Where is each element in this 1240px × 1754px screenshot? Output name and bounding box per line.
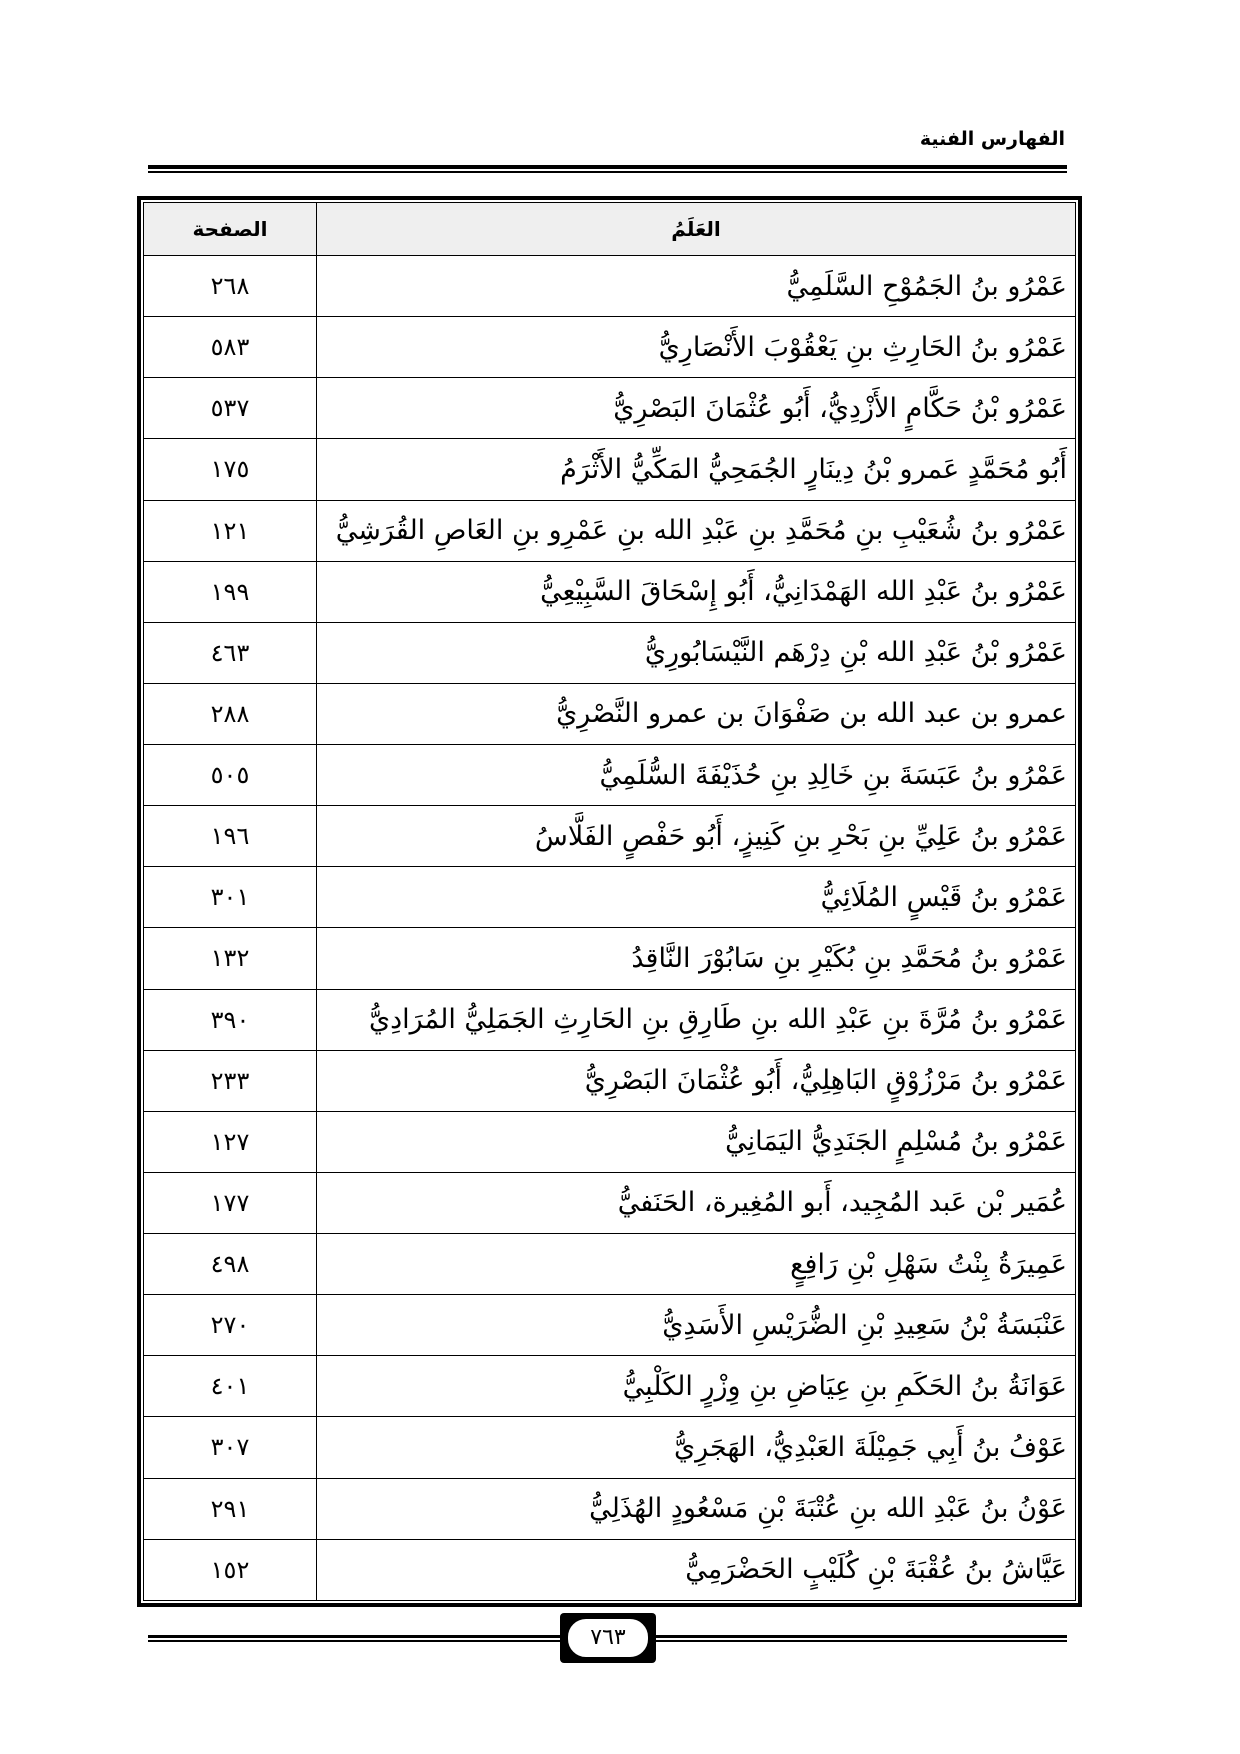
entry-page: ٣٩٠ (144, 989, 317, 1050)
table-header-row: العَلَمُ الصفحة (144, 203, 1076, 256)
entry-page: ١٢٧ (144, 1111, 317, 1172)
table-row: عَمِيرَةُ بِنْتُ سَهْلِ بْنِ رَافِعٍ٤٩٨ (144, 1234, 1076, 1295)
entry-name: أَبُو مُحَمَّدٍ عَمرو بْنُ دِينَارٍ الجُ… (317, 439, 1076, 500)
entry-name: عَمْرُو بنُ قَيْسٍ المُلَائِيُّ (317, 867, 1076, 928)
table-row: عَنْبَسَةُ بْنُ سَعِيدِ بْنِ الضُّرَيْسِ… (144, 1295, 1076, 1356)
entry-name: عَمْرُو بنُ عَبَسَةَ بنِ خَالِدِ بنِ حُذ… (317, 745, 1076, 806)
entry-name: عَنْبَسَةُ بْنُ سَعِيدِ بْنِ الضُّرَيْسِ… (317, 1295, 1076, 1356)
entry-page: ٥٠٥ (144, 745, 317, 806)
table-row: عَوَانَةُ بنُ الحَكَمِ بنِ عِيَاضِ بنِ و… (144, 1356, 1076, 1417)
entry-page: ٤٦٣ (144, 622, 317, 683)
entry-name: عَمْرُو بْنُ عَبْدِ الله بْنِ دِرْهَم ال… (317, 622, 1076, 683)
column-header-name: العَلَمُ (317, 203, 1076, 256)
entry-name: عَمْرُو بنُ مُسْلِمٍ الجَنَدِيُّ اليَمَا… (317, 1111, 1076, 1172)
entry-page: ٥٣٧ (144, 378, 317, 439)
entry-name: عَمْرُو بنُ عَلِيِّ بنِ بَحْرِ بنِ كَنِي… (317, 806, 1076, 867)
entry-page: ١٢١ (144, 500, 317, 561)
table-row: عَمْرُو بنُ الجَمُوْحِ السَّلَمِيُّ٢٦٨ (144, 256, 1076, 317)
entry-name: عَمْرُو بْنُ حَكَّامٍ الأَزْدِيُّ، أَبُو… (317, 378, 1076, 439)
entry-page: ١٥٢ (144, 1539, 317, 1600)
table-row: عَمْرُو بنُ مُسْلِمٍ الجَنَدِيُّ اليَمَا… (144, 1111, 1076, 1172)
table-row: عَمْرُو بنُ مَرْزُوْقٍ البَاهِلِيُّ، أَب… (144, 1050, 1076, 1111)
table-row: عَمْرُو بْنُ حَكَّامٍ الأَزْدِيُّ، أَبُو… (144, 378, 1076, 439)
table-row: عَوْنُ بنُ عَبْدِ الله بنِ عُتْبَةَ بْنِ… (144, 1478, 1076, 1539)
header-rule-thick (148, 165, 1067, 169)
header-rule-thin (148, 171, 1067, 173)
table-row: عَمْرُو بنُ مُحَمَّدِ بنِ بُكَيْرِ بنِ س… (144, 928, 1076, 989)
entry-page: ٤٩٨ (144, 1234, 317, 1295)
entry-name: عَيَّاشُ بنُ عُقْبَةَ بْنِ كُلَيْبٍ الحَ… (317, 1539, 1076, 1600)
table-row: أَبُو مُحَمَّدٍ عَمرو بْنُ دِينَارٍ الجُ… (144, 439, 1076, 500)
table-row: عَمْرُو بنُ عَبْدِ الله الهَمْدَانِيُّ، … (144, 561, 1076, 622)
entry-page: ٢٩١ (144, 1478, 317, 1539)
entry-name: عَمْرُو بنُ الجَمُوْحِ السَّلَمِيُّ (317, 256, 1076, 317)
entry-name: عمرو بن عبد الله بن صَفْوَانَ بن عمرو ال… (317, 683, 1076, 744)
entry-name: عَمْرُو بنُ عَبْدِ الله الهَمْدَانِيُّ، … (317, 561, 1076, 622)
table-row: عَمْرُو بنُ الحَارِثِ بنِ يَعْقُوْبَ الأ… (144, 317, 1076, 378)
entry-page: ٥٨٣ (144, 317, 317, 378)
table-row: عمرو بن عبد الله بن صَفْوَانَ بن عمرو ال… (144, 683, 1076, 744)
entry-page: ١٧٧ (144, 1172, 317, 1233)
table-row: عُمَير بْن عَبد المُجِيد، أَبو المُغِيرة… (144, 1172, 1076, 1233)
entry-name: عُمَير بْن عَبد المُجِيد، أَبو المُغِيرة… (317, 1172, 1076, 1233)
entry-name: عَوْفُ بنُ أَبِي جَمِيْلَةَ العَبْدِيُّ،… (317, 1417, 1076, 1478)
entry-page: ١٩٦ (144, 806, 317, 867)
page-number: ٧٦٣ (566, 1617, 650, 1659)
entry-page: ٢٣٣ (144, 1050, 317, 1111)
entry-page: ٢٧٠ (144, 1295, 317, 1356)
table-row: عَمْرُو بنُ قَيْسٍ المُلَائِيُّ٣٠١ (144, 867, 1076, 928)
table-row: عَمْرُو بنُ شُعَيْبِ بنِ مُحَمَّدِ بنِ ع… (144, 500, 1076, 561)
entry-page: ٣٠١ (144, 867, 317, 928)
entry-name: عَمْرُو بنُ شُعَيْبِ بنِ مُحَمَّدِ بنِ ع… (317, 500, 1076, 561)
entry-page: ١٩٩ (144, 561, 317, 622)
names-index-table: العَلَمُ الصفحة عَمْرُو بنُ الجَمُوْحِ ا… (143, 202, 1076, 1601)
entry-page: ٤٠١ (144, 1356, 317, 1417)
running-title: الفهارس الفنية (920, 128, 1065, 150)
entry-name: عَمِيرَةُ بِنْتُ سَهْلِ بْنِ رَافِعٍ (317, 1234, 1076, 1295)
table-row: عَيَّاشُ بنُ عُقْبَةَ بْنِ كُلَيْبٍ الحَ… (144, 1539, 1076, 1600)
table-row: عَمْرُو بنُ مُرَّةَ بنِ عَبْدِ الله بنِ … (144, 989, 1076, 1050)
entry-name: عَمْرُو بنُ مُرَّةَ بنِ عَبْدِ الله بنِ … (317, 989, 1076, 1050)
entry-name: عَمْرُو بنُ مُحَمَّدِ بنِ بُكَيْرِ بنِ س… (317, 928, 1076, 989)
table-row: عَمْرُو بنُ عَبَسَةَ بنِ خَالِدِ بنِ حُذ… (144, 745, 1076, 806)
index-table-frame: العَلَمُ الصفحة عَمْرُو بنُ الجَمُوْحِ ا… (137, 196, 1082, 1607)
entry-page: ٢٨٨ (144, 683, 317, 744)
entry-page: ١٣٢ (144, 928, 317, 989)
table-row: عَمْرُو بنُ عَلِيِّ بنِ بَحْرِ بنِ كَنِي… (144, 806, 1076, 867)
entry-page: ٣٠٧ (144, 1417, 317, 1478)
entry-name: عَوْنُ بنُ عَبْدِ الله بنِ عُتْبَةَ بْنِ… (317, 1478, 1076, 1539)
entry-page: ١٧٥ (144, 439, 317, 500)
entry-name: عَوَانَةُ بنُ الحَكَمِ بنِ عِيَاضِ بنِ و… (317, 1356, 1076, 1417)
table-row: عَوْفُ بنُ أَبِي جَمِيْلَةَ العَبْدِيُّ،… (144, 1417, 1076, 1478)
entry-name: عَمْرُو بنُ مَرْزُوْقٍ البَاهِلِيُّ، أَب… (317, 1050, 1076, 1111)
entry-page: ٢٦٨ (144, 256, 317, 317)
column-header-page: الصفحة (144, 203, 317, 256)
table-row: عَمْرُو بْنُ عَبْدِ الله بْنِ دِرْهَم ال… (144, 622, 1076, 683)
entry-name: عَمْرُو بنُ الحَارِثِ بنِ يَعْقُوْبَ الأ… (317, 317, 1076, 378)
